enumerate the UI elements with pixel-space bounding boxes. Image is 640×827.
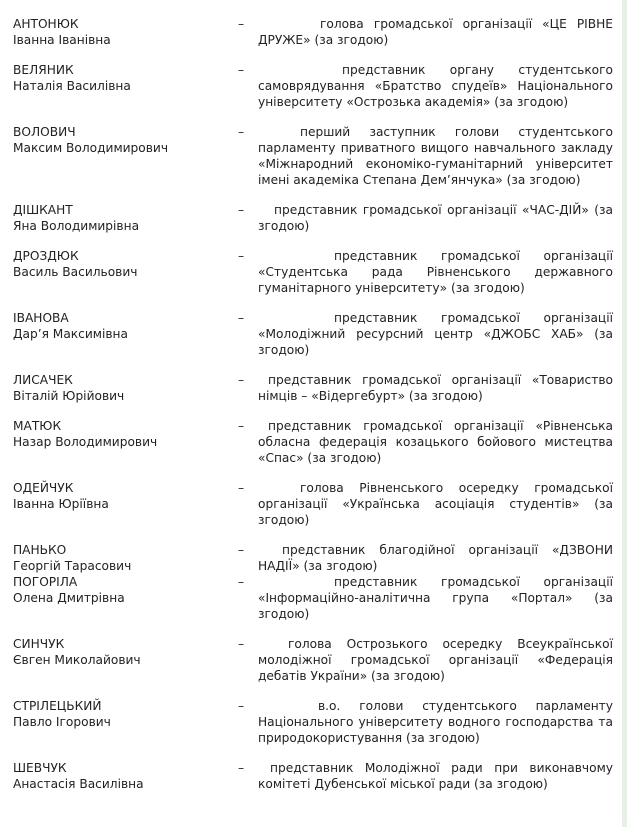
member-surname: ПОГОРІЛА	[13, 574, 238, 590]
member-entry: АНТОНЮК Іванна Іванівна – голова громадс…	[13, 16, 613, 48]
separator-dash: –	[238, 62, 258, 110]
member-given-names: Павло Ігорович	[13, 714, 238, 730]
member-name: ІВАНОВА Дар’я Максимівна	[13, 310, 238, 358]
member-entry: ВЕЛЯНИК Наталія Василівна – представник …	[13, 62, 613, 110]
member-role-description: представник благодійної організації «ДЗВ…	[258, 542, 613, 574]
member-given-names: Назар Володимирович	[13, 434, 238, 450]
member-surname: АНТОНЮК	[13, 16, 238, 32]
member-role-description: представник громадської організації «Інф…	[258, 574, 613, 622]
member-name: АНТОНЮК Іванна Іванівна	[13, 16, 238, 48]
member-role-description: представник Молодіжної ради при виконавч…	[258, 760, 613, 792]
member-given-names: Наталія Василівна	[13, 78, 238, 94]
separator-dash: –	[238, 418, 258, 466]
member-given-names: Віталій Юрійович	[13, 388, 238, 404]
member-given-names: Яна Володимирівна	[13, 218, 238, 234]
member-role-description: представник громадської організації «ЧАС…	[258, 202, 613, 234]
separator-dash: –	[238, 248, 258, 296]
member-surname: ОДЕЙЧУК	[13, 480, 238, 496]
member-role-description: представник громадської організації «Тов…	[258, 372, 613, 404]
member-surname: ДІШКАНТ	[13, 202, 238, 218]
member-name: ЛИСАЧЕК Віталій Юрійович	[13, 372, 238, 404]
member-surname: МАТЮК	[13, 418, 238, 434]
member-surname: ПАНЬКО	[13, 542, 238, 558]
member-name: ОДЕЙЧУК Іванна Юріївна	[13, 480, 238, 528]
member-name: ДІШКАНТ Яна Володимирівна	[13, 202, 238, 234]
member-entry: ШЕВЧУК Анастасія Василівна – представник…	[13, 760, 613, 792]
member-surname: ШЕВЧУК	[13, 760, 238, 776]
member-entry: ПАНЬКО Георгій Тарасович – представник б…	[13, 542, 613, 574]
member-given-names: Георгій Тарасович	[13, 558, 238, 574]
separator-dash: –	[238, 202, 258, 234]
member-name: ПАНЬКО Георгій Тарасович	[13, 542, 238, 574]
member-role-description: голова громадської організації «ЦЕ РІВНЕ…	[258, 16, 613, 48]
member-role-description: представник громадської організації «Рів…	[258, 418, 613, 466]
member-role-description: представник громадської організації «Мол…	[258, 310, 613, 358]
member-name: ВОЛОВИЧ Максим Володимирович	[13, 124, 238, 188]
member-given-names: Василь Васильович	[13, 264, 238, 280]
member-list: АНТОНЮК Іванна Іванівна – голова громадс…	[13, 16, 613, 792]
member-name: СИНЧУК Євген Миколайович	[13, 636, 238, 684]
member-entry: СТРІЛЕЦЬКИЙ Павло Ігорович – в.о. голови…	[13, 698, 613, 746]
member-given-names: Дар’я Максимівна	[13, 326, 238, 342]
member-entry: ВОЛОВИЧ Максим Володимирович – перший за…	[13, 124, 613, 188]
member-role-description: голова Острозького осередку Всеукраїнськ…	[258, 636, 613, 684]
member-given-names: Іванна Юріївна	[13, 496, 238, 512]
member-name: ДРОЗДЮК Василь Васильович	[13, 248, 238, 296]
member-entry: МАТЮК Назар Володимирович – представник …	[13, 418, 613, 466]
separator-dash: –	[238, 636, 258, 684]
member-surname: ЛИСАЧЕК	[13, 372, 238, 388]
separator-dash: –	[238, 574, 258, 622]
member-name: ПОГОРІЛА Олена Дмитрівна	[13, 574, 238, 622]
member-given-names: Євген Миколайович	[13, 652, 238, 668]
member-surname: ДРОЗДЮК	[13, 248, 238, 264]
side-border-strip	[622, 0, 627, 827]
separator-dash: –	[238, 372, 258, 404]
member-name: ВЕЛЯНИК Наталія Василівна	[13, 62, 238, 110]
member-given-names: Анастасія Василівна	[13, 776, 238, 792]
separator-dash: –	[238, 16, 258, 48]
member-role-description: представник органу студентського самовря…	[258, 62, 613, 110]
separator-dash: –	[238, 542, 258, 574]
member-surname: СТРІЛЕЦЬКИЙ	[13, 698, 238, 714]
member-given-names: Іванна Іванівна	[13, 32, 238, 48]
member-entry: ІВАНОВА Дар’я Максимівна – представник г…	[13, 310, 613, 358]
member-role-description: перший заступник голови студентського па…	[258, 124, 613, 188]
member-role-description: голова Рівненського осередку громадської…	[258, 480, 613, 528]
member-surname: ВОЛОВИЧ	[13, 124, 238, 140]
member-surname: СИНЧУК	[13, 636, 238, 652]
member-role-description: представник громадської організації «Сту…	[258, 248, 613, 296]
separator-dash: –	[238, 698, 258, 746]
member-entry: ДІШКАНТ Яна Володимирівна – представник …	[13, 202, 613, 234]
member-name: СТРІЛЕЦЬКИЙ Павло Ігорович	[13, 698, 238, 746]
member-name: ШЕВЧУК Анастасія Василівна	[13, 760, 238, 792]
member-entry: ЛИСАЧЕК Віталій Юрійович – представник г…	[13, 372, 613, 404]
member-entry: ПОГОРІЛА Олена Дмитрівна – представник г…	[13, 574, 613, 622]
separator-dash: –	[238, 480, 258, 528]
member-entry: СИНЧУК Євген Миколайович – голова Остроз…	[13, 636, 613, 684]
member-given-names: Максим Володимирович	[13, 140, 238, 156]
member-role-description: в.о. голови студентського парламенту Нац…	[258, 698, 613, 746]
separator-dash: –	[238, 124, 258, 188]
member-entry: ОДЕЙЧУК Іванна Юріївна – голова Рівненсь…	[13, 480, 613, 528]
member-given-names: Олена Дмитрівна	[13, 590, 238, 606]
member-entry: ДРОЗДЮК Василь Васильович – представник …	[13, 248, 613, 296]
member-surname: ІВАНОВА	[13, 310, 238, 326]
member-name: МАТЮК Назар Володимирович	[13, 418, 238, 466]
separator-dash: –	[238, 310, 258, 358]
separator-dash: –	[238, 760, 258, 792]
member-surname: ВЕЛЯНИК	[13, 62, 238, 78]
